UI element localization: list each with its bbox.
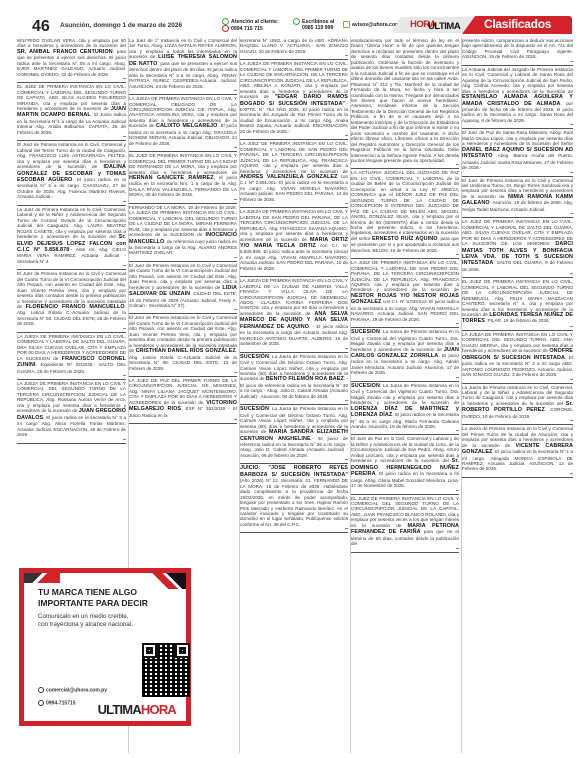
legal-notice: LA ACTUARIA JUDICIAL DEL JUZGADO DE PAZ … <box>351 169 459 259</box>
globe-icon <box>38 687 44 693</box>
column-3: secretaría N° UNO, a cargo de la ABG. AD… <box>239 37 348 753</box>
notice-code: ▬ <box>351 253 459 256</box>
notice-text: LA JUEZ DE PRIMERA INSTANCIA EN LO CIVIL… <box>240 141 348 173</box>
legal-notice: presente edicto, comparezcan a deducir s… <box>462 37 573 66</box>
notice-name: ANDRES VALENZUELA GONZALEZ <box>240 174 337 180</box>
notice-text: emplazamiento por todo el término de ley… <box>351 38 459 163</box>
notice-name: ESTANISLAO ALMADA AGUILERA Y AMADA CRIST… <box>462 94 573 106</box>
notice-text: presente edicto, comparezcan a deducir s… <box>462 38 573 59</box>
legal-notice: FERNANDO DE LA MORA, 19 de Febrero de 20… <box>129 204 237 262</box>
legal-notice: El Juez de Paz en lo Civil, Comercial y … <box>351 435 459 494</box>
legal-notice: LA JUEZ DE PRIMERA INSTANCIA EN LO CIVIL… <box>462 218 573 278</box>
notice-name: SUCESION <box>351 383 380 389</box>
notice-code: ▬ <box>129 308 237 311</box>
notice-code: ▬ <box>351 547 459 550</box>
legal-notice: LA JUEZA DE PRIMERA INSTANCIA EN LO CIVI… <box>17 333 126 380</box>
legal-notice: JUICIO: "JOSE ROBERTO REYES BARBOZA S/ S… <box>240 464 348 533</box>
notice-code: ▬ <box>17 77 126 80</box>
legal-notice: El Juez de Primera Instancia en lo Civil… <box>17 141 126 206</box>
legal-notice: La Actuaria Judicial del Juzgado de Prim… <box>462 66 573 130</box>
advertisement[interactable]: TU MARCA TIENE ALGO IMPORTANTE PARA DECI… <box>19 568 191 726</box>
notice-name: SUCESION <box>351 329 380 335</box>
customer-service-contact: Atención al cliente: 0994 715 715 <box>222 18 279 32</box>
notice-text: El Juez de Paz en lo Civil, Comercial y … <box>351 436 459 463</box>
notice-name: SUCESIÓN <box>240 354 269 360</box>
whatsapp-icon <box>222 18 229 25</box>
column-4: emplazamiento por todo el término de ley… <box>350 37 459 753</box>
notice-name: JUICIO: "JOSE ROBERTO REYES BARBOZA S/ S… <box>240 465 348 477</box>
notice-name: HERNAN GANCETE RAMIREZ <box>129 175 214 181</box>
legal-notice: LA JUEZA DE PRIMERA INSTANCIA EN LO CIVI… <box>240 277 348 352</box>
notice-code: ▬ <box>129 198 237 201</box>
ad-body: Comunicalo en un medio creíble, con tray… <box>38 613 138 629</box>
ad-headline: TU MARCA TIENE ALGO IMPORTANTE PARA DECI… <box>38 587 188 608</box>
legal-notice: LA JUEZ DE PRIMERA INSTANCIA EN LO CIVIL… <box>351 259 459 328</box>
legal-notice: EL JUEZ DE PRIMERA INSTANCIA EN LO CIVIL… <box>462 278 573 331</box>
legal-notice: LA JUEZA DE PRIMERA INSTANCIA EN LO CIVI… <box>240 208 348 277</box>
notice-code: ▬ <box>129 418 237 421</box>
legal-notice: El Juez de Primera Instancia en lo Civil… <box>17 270 126 333</box>
notice-code: ▬ <box>17 438 126 441</box>
notice-text: LA ACTUARIA JUDICIAL DEL JUZGADO DE PAZ … <box>351 170 459 240</box>
notice-code: ▬ <box>17 200 126 203</box>
legal-notice: El Juez de Primera Instancia en lo Civil… <box>462 177 573 219</box>
legal-notice: EL JUEZ DE PRIMERA INSTANCIA EN LO CIVIL… <box>351 495 459 553</box>
notice-name: ERNESTO RUÍZ AQUINO <box>372 236 438 242</box>
whatsapp-icon <box>38 700 44 706</box>
legal-notice: La Jueza de Primera Instancia en lo Civi… <box>462 425 573 478</box>
legal-notice: La Juez de Primera Instancia en lo Civil… <box>17 206 126 271</box>
notice-code: ▬ <box>351 163 459 166</box>
notice-code: ▬ <box>351 376 459 379</box>
qr-code-icon[interactable] <box>142 643 190 697</box>
notice-code: ▬ <box>462 325 573 328</box>
write-us-contact: Escribinos al 0985 119 999 <box>293 18 334 31</box>
notice-name: CALIXTO MELGAREJO <box>156 123 217 129</box>
notice-code: ▬ <box>462 171 573 174</box>
notice-code: ▬ <box>17 374 126 377</box>
ad-phone[interactable]: 0994-715715 <box>38 700 75 706</box>
notice-code: ▬ <box>240 54 348 57</box>
notice-code: ▬ <box>351 489 459 492</box>
write-us-phone[interactable]: 0985 119 999 <box>302 25 333 31</box>
legal-notice: LA JUEZA DE PRIMERA INSTANCIA EN LO CIVI… <box>129 95 237 152</box>
page-number: 46 <box>32 18 50 36</box>
notice-name: BENITO FILEMÓN ROA BAEZ <box>266 376 344 382</box>
notice-name: SUCESIÓN <box>240 406 269 412</box>
notice-text: WILFRIDO OVELAR VERA, cita y emplaza por… <box>17 38 126 48</box>
legal-notice: El Juez de Primera Instancia en lo Civil… <box>129 314 237 377</box>
page-header: 46 Asunción, domingo 1 de marzo de 2026 … <box>0 0 580 36</box>
notice-text: secretaría N° UNO, a cargo de la ABG. AD… <box>240 38 348 54</box>
notice-text: La Actuaria Judicial del Juzgado de Prim… <box>462 67 573 94</box>
notice-code: ▬ <box>129 256 237 259</box>
notice-code: ▬ <box>351 322 459 325</box>
envelope-icon <box>343 21 350 28</box>
notice-code: ▬ <box>129 371 237 374</box>
notice-text: EL JUEZ DE PRIMERA INSTANCIA EN LO CIVIL… <box>17 84 126 111</box>
ad-brand-logo: ULTIMAHORA <box>98 702 176 717</box>
notice-text: EL JUEZ DE PRIMERA INSTANCIA EN LO CIVIL… <box>129 153 237 174</box>
notice-name: FLORENCIO FRANCO MANCUELLO <box>26 304 125 310</box>
ad-email[interactable]: comercial@uhora.com.py <box>38 687 107 693</box>
notice-code: ▬ <box>351 429 459 432</box>
legal-notice: SUCESION: La Jueza de Primera Instancia … <box>351 328 459 382</box>
ad-decoration <box>24 573 60 583</box>
notice-code: ▬ <box>17 264 126 267</box>
notice-code: ▬ <box>462 123 573 126</box>
notice-code: ▬ <box>129 89 237 92</box>
legal-notice: El Juez de Paz de Santa Rosa Misiones, A… <box>462 129 573 176</box>
notice-code: ▬ <box>462 212 573 215</box>
notice-code: ▬ <box>240 399 348 402</box>
notice-text: El Juez de Primera Instancia en lo Civil… <box>129 263 237 290</box>
legal-notice: LA JUEZA DE PRIMERA INSTANCIA EN LO CIVI… <box>17 380 126 444</box>
legal-notice: SUCESIÓN: La Jueza de Primera Instancia … <box>240 353 348 406</box>
legal-notice: WILFRIDO OVELAR VERA, cita y emplaza por… <box>17 37 126 83</box>
notice-code: ▬ <box>240 527 348 530</box>
legal-notice: LA JUEZA DE PRIMERA INSTANCIA EN LO CIVI… <box>462 331 573 384</box>
customer-service-phone[interactable]: 0994 715 715 <box>231 26 263 32</box>
legal-notice: secretaría N° UNO, a cargo de la ABG. AD… <box>240 37 348 60</box>
legal-notice: SUCESION: La Jueza de Primera Instancia … <box>351 382 459 436</box>
notice-text: LA JUEZ DE PRIMERA INSTANCIA EN LO CIVIL… <box>351 260 459 292</box>
legal-notice: LA JUEZ DE PAZ DEL PRIMER TURNO DE LA CI… <box>129 377 237 424</box>
legal-notice: LA JUEZA DE PRIMERA INSTANCIA EN LO CIVI… <box>240 60 348 140</box>
notice-code: ▬ <box>240 271 348 274</box>
notice-code: ▬ <box>240 202 348 205</box>
notice-text: El Juez de Paz de Santa Rosa Misiones, A… <box>462 130 573 146</box>
notice-code: ▬ <box>17 135 126 138</box>
legal-notice: emplazamiento por todo el término de ley… <box>351 37 459 169</box>
legal-notice: EL JUEZ DE PRIMERA INSTANCIA EN LO CIVIL… <box>17 83 126 141</box>
phone-icon <box>222 25 229 32</box>
notice-code: ▬ <box>17 327 126 330</box>
legal-notice: La Juez de 1° Instancia en lo Civil y Co… <box>129 37 237 95</box>
notice-code: ▬ <box>462 419 573 422</box>
legal-notice: El Juez de Primera Instancia en lo Civil… <box>129 262 237 315</box>
publication-date: Asunción, domingo 1 de marzo de 2026 <box>60 22 182 29</box>
column-5: presente edicto, comparezcan a deducir s… <box>461 37 573 753</box>
notice-code: ▬ <box>129 146 237 149</box>
legal-notice: La Jueza de Primera Instancia en lo Civi… <box>462 384 573 426</box>
whatsapp-icon <box>293 18 300 25</box>
notice-text: . PILAR, 19 de febrero de 2026. <box>485 318 550 323</box>
notice-text: (Año 2026) Nº 12. Secretaría: 21. FERNAN… <box>240 478 348 527</box>
notice-text: La Jueza de Primera Instancia en lo Civi… <box>462 385 573 406</box>
notice-code: ▬ <box>462 272 573 275</box>
notice-code: ▬ <box>462 60 573 63</box>
notice-name: SR. ANIBAL FRANCO CENTURION <box>17 49 113 55</box>
notice-code: ▬ <box>240 347 348 350</box>
legal-notice: SUCESIÓN: La Jueza de Primera Instancia … <box>240 405 348 464</box>
legal-notice: EL JUEZ DE PRIMERA INSTANCIA EN LO CIVIL… <box>129 152 237 204</box>
notice-name: CRISTHIAN DANIEL RÍOS GONZÁLEZ <box>136 348 236 354</box>
notice-code: ▬ <box>462 378 573 381</box>
legal-notice: LA JUEZ DE PRIMERA INSTANCIA EN LO CIVIL… <box>240 140 348 208</box>
notice-code: ▬ <box>240 134 348 137</box>
notice-code: ▬ <box>240 458 348 461</box>
notice-text: La Juez de Primera Instancia en lo Civil… <box>17 207 126 239</box>
notice-code: ▬ <box>462 472 573 475</box>
section-tag: Clasificados <box>462 16 572 34</box>
